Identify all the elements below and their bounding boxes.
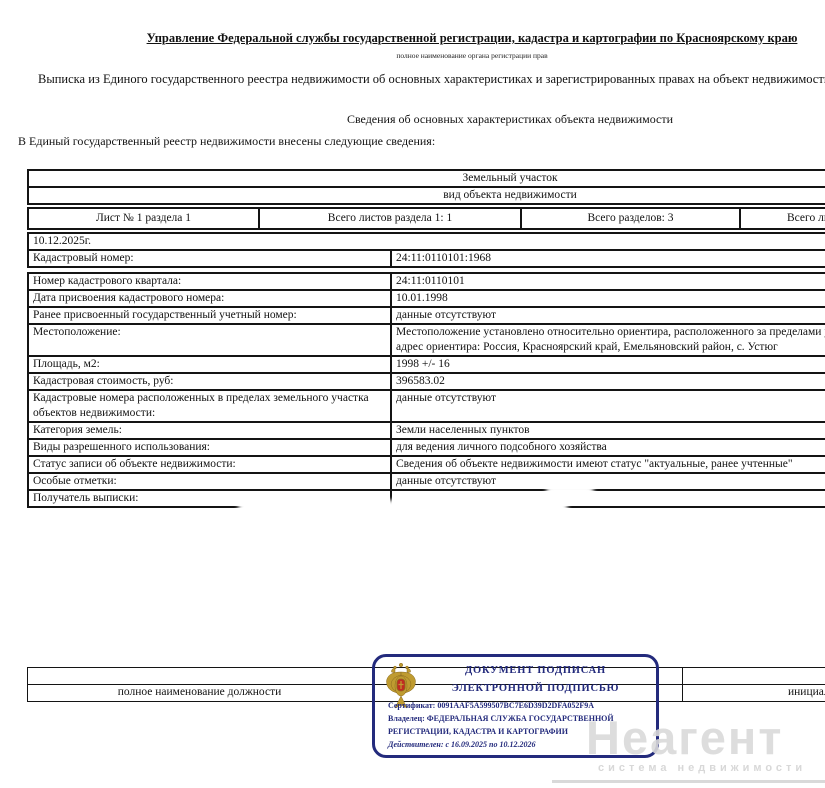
attribute-label: Особые отметки:: [28, 473, 391, 490]
attribute-value: данные отсутствуют: [391, 473, 825, 490]
table-row: Ранее присвоенный государственный учетны…: [28, 307, 825, 324]
table-row: Местоположение:Местоположение установлен…: [28, 324, 825, 356]
table-row: 10.12.2025г.: [28, 233, 825, 250]
table-row: Кадастровые номера расположенных в преде…: [28, 390, 825, 422]
object-type-caption: вид объекта недвижимости: [28, 187, 825, 204]
document-title: Выписка из Единого государственного реес…: [38, 72, 825, 87]
stamp-certificate: Сертификат: 0091AAF5A599507BC7E6D39D2DFA…: [388, 701, 652, 710]
watermark-strip: [552, 780, 825, 783]
table-row: Статус записи об объекте недвижимости:Св…: [28, 456, 825, 473]
attribute-value: Местоположение установлено относительно …: [391, 324, 825, 356]
sheet-number: Лист № 1 раздела 1: [28, 208, 259, 229]
table-row: Земельный участок: [28, 170, 825, 187]
sheet-info-table: Лист № 1 раздела 1 Всего листов раздела …: [27, 207, 825, 230]
document-page: Управление Федеральной службы государств…: [0, 0, 825, 788]
extract-sheets-total: Всего листов выписки:: [740, 208, 825, 229]
attribute-label: Номер кадастрового квартала:: [28, 273, 391, 290]
attribute-value: Земли населенных пунктов: [391, 422, 825, 439]
table-row: вид объекта недвижимости: [28, 187, 825, 204]
authority-caption: полное наименование органа регистрации п…: [0, 51, 825, 60]
signature-cell-border: [682, 667, 683, 701]
attribute-value: 10.01.1998: [391, 290, 825, 307]
table-row: Дата присвоения кадастрового номера:10.0…: [28, 290, 825, 307]
attribute-value: Сведения об объекте недвижимости имеют с…: [391, 456, 825, 473]
attribute-label: Кадастровая стоимость, руб:: [28, 373, 391, 390]
attribute-value: для ведения личного подсобного хозяйства: [391, 439, 825, 456]
watermark-logo: Неагент: [586, 710, 783, 765]
intro-line: В Единый государственный реестр недвижим…: [18, 134, 435, 149]
stamp-title-line1: ДОКУМЕНТ ПОДПИСАН: [419, 665, 652, 676]
attribute-label: Категория земель:: [28, 422, 391, 439]
object-type-value: Земельный участок: [28, 170, 825, 187]
attribute-value: 396583.02: [391, 373, 825, 390]
extract-date: 10.12.2025г.: [28, 233, 825, 250]
table-row: Категория земель:Земли населенных пункто…: [28, 422, 825, 439]
table-row: Виды разрешенного использования:для веде…: [28, 439, 825, 456]
table-row: Особые отметки:данные отсутствуют: [28, 473, 825, 490]
attribute-label: Кадастровые номера расположенных в преде…: [28, 390, 391, 422]
section-title: Сведения об основных характеристиках объ…: [27, 112, 825, 127]
table-row: Кадастровая стоимость, руб:396583.02: [28, 373, 825, 390]
white-smudge: [546, 485, 594, 498]
watermark-subtitle: система недвижимости: [598, 762, 806, 774]
attribute-label: Площадь, м2:: [28, 356, 391, 373]
table-row: Кадастровый номер: 24:11:0110101:1968: [28, 250, 825, 267]
table-row: Площадь, м2:1998 +/- 16: [28, 356, 825, 373]
attribute-label: Ранее присвоенный государственный учетны…: [28, 307, 391, 324]
white-smudge: [238, 500, 568, 516]
date-cadastral-table: 10.12.2025г. Кадастровый номер: 24:11:01…: [27, 232, 825, 268]
object-type-table: Земельный участок вид объекта недвижимос…: [27, 169, 825, 205]
attribute-label: Статус записи об объекте недвижимости:: [28, 456, 391, 473]
authority-name: Управление Федеральной службы государств…: [0, 31, 825, 46]
position-caption: полное наименование должности: [27, 686, 372, 698]
attributes-table: Номер кадастрового квартала:24:11:011010…: [27, 272, 825, 508]
stamp-title-line2: ЭЛЕКТРОННОЙ ПОДПИСЬЮ: [419, 683, 652, 694]
table-row: Номер кадастрового квартала:24:11:011010…: [28, 273, 825, 290]
attribute-value: данные отсутствуют: [391, 390, 825, 422]
attribute-label: Дата присвоения кадастрового номера:: [28, 290, 391, 307]
sheets-total: Всего листов раздела 1: 1: [259, 208, 521, 229]
attribute-value: 24:11:0110101:1968: [391, 250, 825, 267]
attribute-value: данные отсутствуют: [391, 307, 825, 324]
sections-total: Всего разделов: 3: [521, 208, 740, 229]
attributes-body: Номер кадастрового квартала:24:11:011010…: [28, 273, 825, 507]
attribute-label: Виды разрешенного использования:: [28, 439, 391, 456]
initials-caption: инициалы, фамилия: [788, 686, 825, 698]
attribute-value: 1998 +/- 16: [391, 356, 825, 373]
attribute-label: Местоположение:: [28, 324, 391, 356]
attribute-label: Кадастровый номер:: [28, 250, 391, 267]
table-row: Лист № 1 раздела 1 Всего листов раздела …: [28, 208, 825, 229]
attribute-value: 24:11:0110101: [391, 273, 825, 290]
